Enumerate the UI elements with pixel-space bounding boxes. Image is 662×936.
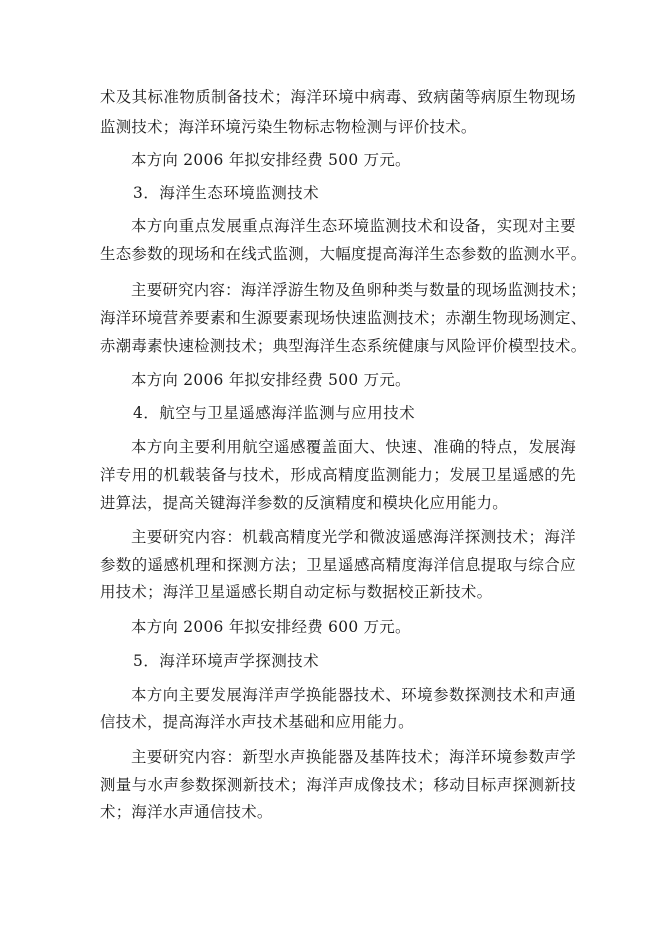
budget-text: 本方向 2006 年拟安排经费 500 万元。 (131, 150, 576, 170)
text-line: 本方向主要发展海洋声学换能器技术、环境参数探测技术和声通 (131, 685, 576, 705)
text-line: 赤潮毒素快速检测技术；典型海洋生态系统健康与风险评价模型技术。 (100, 336, 576, 356)
text-line: 本方向主要利用航空遥感覆盖面大、快速、准确的特点，发展海 (131, 437, 576, 457)
text-line: 主要研究内容：新型水声换能器及基阵技术；海洋环境参数声学 (131, 747, 576, 767)
budget-text: 本方向 2006 年拟安排经费 500 万元。 (131, 370, 576, 390)
text-line: 主要研究内容：海洋浮游生物及鱼卵种类与数量的现场监测技术； (131, 280, 576, 300)
text-line: 术及其标准物质制备技术；海洋环境中病毒、致病菌等病原生物现场 (100, 87, 576, 107)
text-line: 测量与水声参数探测新技术；海洋声成像技术；移动目标声探测新技 (100, 775, 576, 795)
text-line: 洋专用的机载装备与技术，形成高精度监测能力；发展卫星遥感的先 (100, 465, 576, 485)
section-heading-3: 3．海洋生态环境监测技术 (133, 183, 609, 203)
text-line: 参数的遥感机理和探测方法；卫星遥感高精度海洋信息提取与综合应 (100, 555, 576, 575)
text-line: 用技术；海洋卫星遥感长期自动定标与数据校正新技术。 (100, 582, 576, 602)
text-line: 主要研究内容：机载高精度光学和微波遥感海洋探测技术；海洋 (131, 527, 576, 547)
budget-text: 本方向 2006 年拟安排经费 600 万元。 (131, 617, 576, 637)
section-heading-4: 4．航空与卫星遥感海洋监测与应用技术 (133, 403, 609, 423)
text-line: 监测技术；海洋环境污染生物标志物检测与评价技术。 (100, 117, 576, 137)
document-page: 术及其标准物质制备技术；海洋环境中病毒、致病菌等病原生物现场 监测技术；海洋环境… (0, 0, 662, 936)
section-heading-5: 5．海洋环境声学探测技术 (133, 651, 609, 671)
text-line: 生态参数的现场和在线式监测，大幅度提高海洋生态参数的监测水平。 (100, 244, 576, 264)
text-line: 信技术，提高海洋水声技术基础和应用能力。 (100, 712, 576, 732)
text-line: 海洋环境营养要素和生源要素现场快速监测技术；赤潮生物现场测定、 (100, 308, 576, 328)
text-line: 本方向重点发展重点海洋生态环境监测技术和设备，实现对主要 (131, 216, 576, 236)
text-line: 术；海洋水声通信技术。 (100, 802, 576, 822)
text-line: 进算法，提高关键海洋参数的反演精度和模块化应用能力。 (100, 493, 576, 513)
